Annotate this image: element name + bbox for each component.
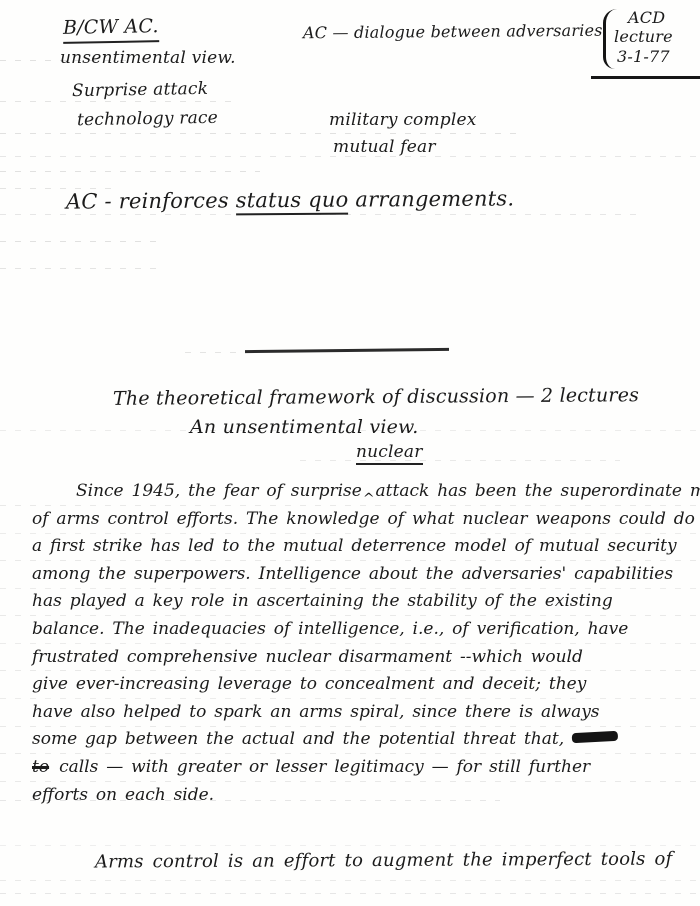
- paragraph-line: efforts on each side.: [32, 782, 697, 810]
- note-dialogue-adversaries: AC — dialogue between adversaries: [303, 21, 603, 43]
- paragraph-line: a first strike has led to the mutual det…: [32, 533, 697, 561]
- handwritten-notes-page: B/CW AC. unsentimental view. Surprise at…: [0, 0, 700, 906]
- crossed-out-word: [572, 731, 618, 743]
- paragraph-line: of arms control efforts. The knowledge o…: [32, 506, 697, 534]
- status-quo-prefix: AC - reinforces: [66, 188, 236, 213]
- status-quo-suffix: arrangements.: [348, 186, 514, 211]
- scan-artifact-line: [300, 460, 620, 461]
- line1-before-caret: Since 1945, the fear of surprise: [76, 481, 362, 501]
- caret-insert-mark: ^: [363, 491, 375, 507]
- divider-rule: [245, 348, 449, 353]
- corner-underline-mark: [591, 76, 700, 79]
- inserted-word-nuclear: nuclear: [356, 442, 423, 465]
- scan-artifact-line: [185, 352, 243, 353]
- scan-artifact-line: [0, 241, 165, 242]
- corner-note-lecture: lecture: [614, 27, 673, 46]
- scan-artifact-line: [0, 845, 700, 846]
- section-title-line2: An unsentimental view.: [190, 416, 419, 438]
- note-surprise-attack: Surprise attack: [72, 79, 208, 101]
- note-mutual-fear: mutual fear: [333, 137, 436, 157]
- paragraph-line: have also helped to spark an arms spiral…: [32, 699, 697, 727]
- paragraph-line: among the superpowers. Intelligence abou…: [32, 561, 697, 589]
- paragraph-line: Since 1945, the fear of surprise^attack …: [32, 478, 697, 506]
- scan-artifact-line: [0, 171, 260, 172]
- corner-note-date: 3-1-77: [617, 47, 670, 66]
- note-military-complex: military complex: [329, 110, 477, 130]
- note-technology-race: technology race: [77, 108, 218, 130]
- note-unsentimental-view: unsentimental view.: [60, 48, 236, 68]
- closing-line: Arms control is an effort to augment the…: [95, 848, 673, 872]
- line10-text: some gap between the actual and the pote…: [32, 729, 564, 749]
- paragraph-line: tocalls — with greater or lesser legitim…: [32, 754, 697, 782]
- scan-artifact-line: [0, 893, 700, 894]
- main-paragraph: Since 1945, the fear of surprise^attack …: [32, 478, 697, 809]
- line11-text: calls — with greater or lesser legitimac…: [59, 757, 590, 777]
- line1-after-caret: attack has been the superordinate motive: [376, 481, 700, 501]
- note-status-quo: AC - reinforces status quo arrangements.: [66, 186, 514, 213]
- scan-artifact-line: [0, 880, 700, 881]
- paragraph-line: give ever-increasing leverage to conceal…: [32, 671, 697, 699]
- scan-artifact-line: [0, 268, 160, 269]
- note-bcw-ac: B/CW AC.: [63, 15, 159, 44]
- scan-artifact-line: [0, 101, 240, 102]
- scan-artifact-line: [0, 133, 520, 134]
- struck-word: to: [32, 757, 49, 777]
- paragraph-line: frustrated comprehensive nuclear disarma…: [32, 644, 697, 672]
- paragraph-line: has played a key role in ascertaining th…: [32, 588, 697, 616]
- paragraph-line: balance. The inadequacies of intelligenc…: [32, 616, 697, 644]
- status-quo-underlined: status quo: [236, 188, 349, 216]
- paragraph-line: some gap between the actual and the pote…: [32, 726, 697, 754]
- corner-note-acd: ACD: [628, 8, 665, 27]
- section-title-line1: The theoretical framework of discussion …: [113, 384, 639, 410]
